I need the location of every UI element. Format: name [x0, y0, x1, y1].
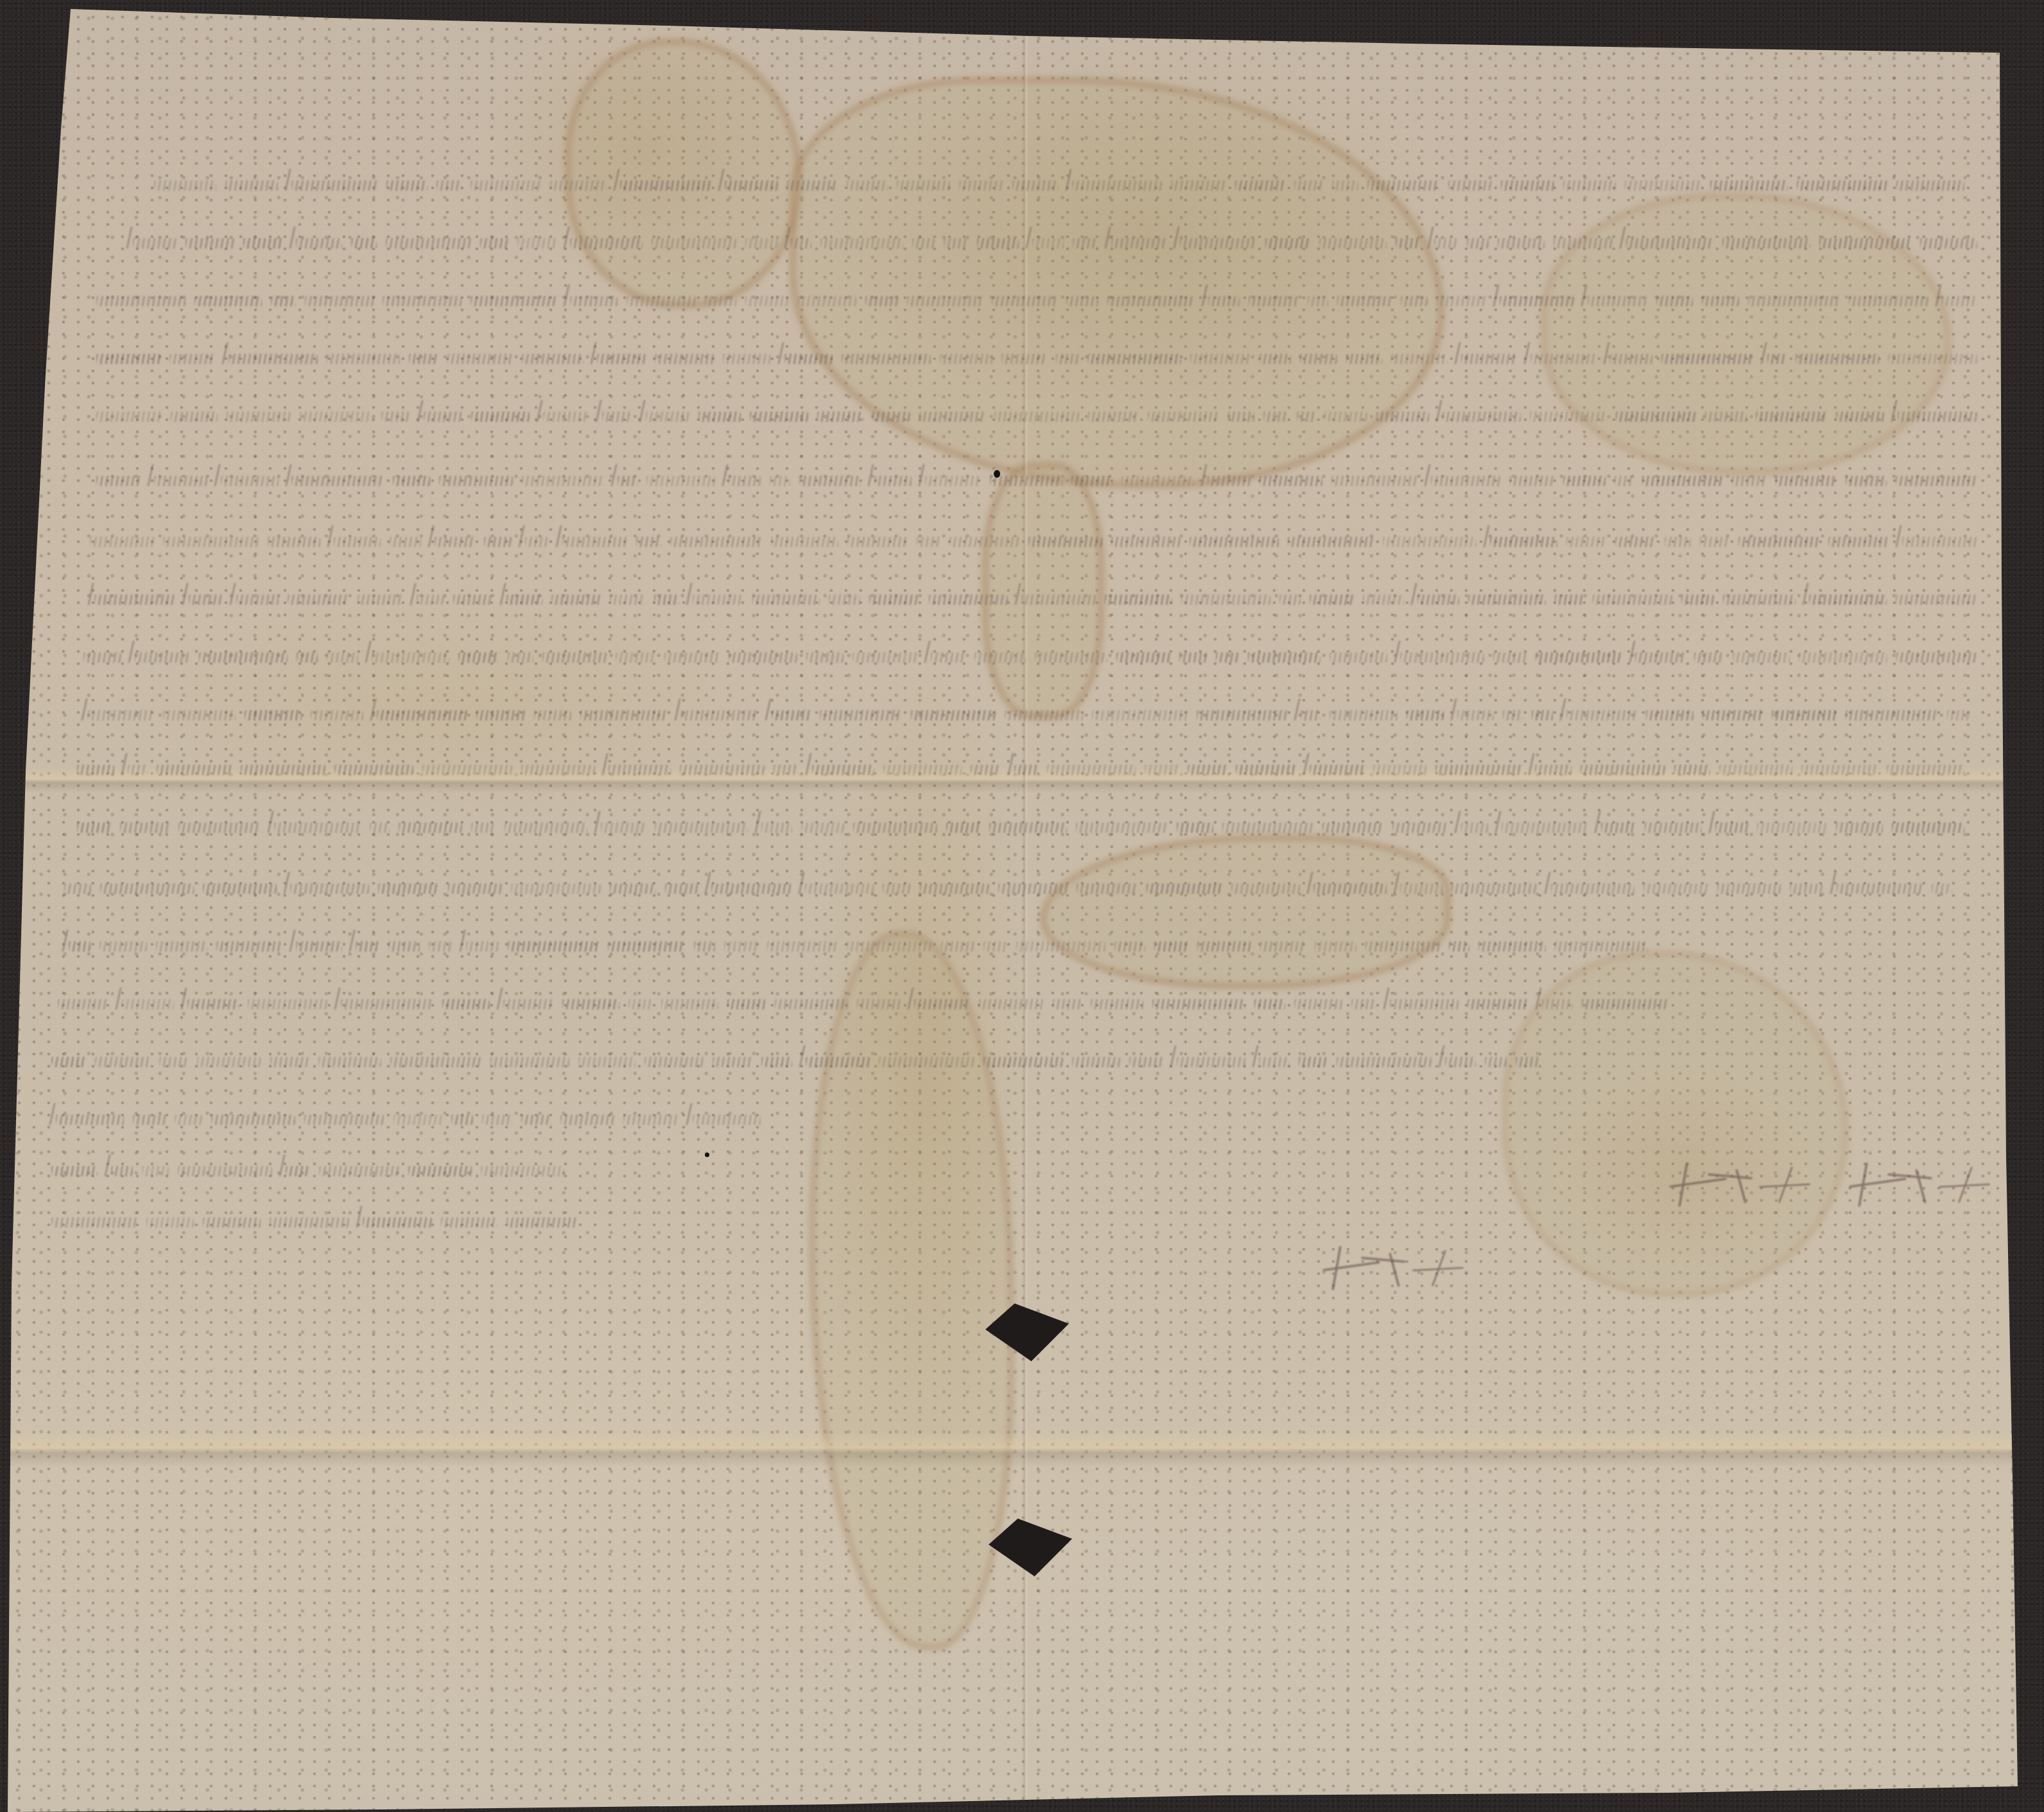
script-word: [931, 652, 966, 663]
script-word: [944, 238, 967, 248]
script-word: [1593, 595, 1672, 605]
script-word: [608, 941, 685, 952]
ascender-stroke: [285, 169, 291, 191]
script-word: [1715, 823, 1748, 833]
ascender-stroke: [349, 930, 355, 952]
script-word: [1190, 537, 1278, 547]
script-word: [1331, 476, 1417, 486]
script-word: [652, 238, 736, 248]
script-word: [142, 1166, 169, 1176]
script-word: [268, 537, 321, 547]
script-word: [437, 180, 462, 191]
script-word: [897, 180, 950, 191]
script-word: [1588, 296, 1647, 306]
script-word: [693, 1115, 761, 1125]
script-word: [1228, 412, 1254, 422]
script-word: [1610, 354, 1652, 364]
script-word: [1776, 476, 1837, 486]
ascender-stroke: [1427, 227, 1433, 248]
ascender-stroke: [1454, 342, 1460, 364]
ascender-stroke: [1425, 464, 1431, 486]
script-word: [1457, 710, 1494, 720]
ascender-stroke: [1708, 811, 1715, 833]
script-word: [229, 354, 318, 364]
script-word: [370, 823, 390, 833]
script-word: [1197, 941, 1251, 952]
script-word: [1563, 476, 1606, 486]
script-word: [304, 1115, 385, 1125]
script-line: [64, 873, 1952, 894]
ascender-stroke: [1803, 583, 1809, 605]
script-word: [1147, 884, 1222, 894]
script-word: [1665, 537, 1692, 547]
script-word: [296, 238, 342, 248]
ascender-stroke: [1936, 284, 1942, 306]
script-word: [296, 941, 342, 952]
script-word: [992, 296, 1057, 306]
script-word: [1073, 238, 1098, 248]
script-word: [274, 823, 361, 833]
script-word: [1836, 823, 1883, 833]
script-word: [378, 884, 439, 894]
script-word: [1892, 823, 1964, 833]
script-word: [503, 999, 553, 1009]
script-word: [1363, 595, 1404, 605]
script-word: [157, 765, 232, 775]
ascender-stroke: [222, 342, 229, 364]
script-word: [95, 1057, 150, 1067]
script-word: [1310, 595, 1355, 605]
script-word: [1722, 238, 1810, 248]
script-word: [857, 999, 901, 1009]
script-word: [979, 999, 1044, 1009]
script-word: [448, 884, 503, 894]
script-line: [51, 1047, 1541, 1067]
script-word: [680, 765, 765, 775]
script-word: [610, 884, 656, 894]
ascender-stroke: [799, 1045, 805, 1067]
script-word: [1503, 710, 1523, 720]
signature-mark-3: [1849, 1156, 2016, 1214]
script-word: [1448, 180, 1493, 191]
ascender-stroke: [268, 811, 274, 833]
ascender-stroke: [356, 1206, 363, 1228]
script-word: [1400, 884, 1442, 894]
script-word: [288, 595, 349, 605]
ascender-stroke: [1454, 811, 1460, 833]
script-word: [1442, 412, 1521, 422]
ascender-stroke: [722, 464, 728, 486]
ascender-stroke: [289, 930, 295, 952]
script-word: [471, 180, 541, 191]
script-word: [300, 412, 372, 422]
script-word: [791, 238, 811, 248]
signature-stroke: [1389, 1252, 1400, 1287]
script-word: [358, 595, 403, 605]
script-word: [386, 180, 428, 191]
script-word: [1902, 537, 1977, 547]
script-word: [1181, 595, 1271, 605]
script-word: [521, 765, 595, 775]
script-word: [1836, 412, 1884, 422]
script-word: [977, 238, 1019, 248]
ascender-stroke: [919, 464, 925, 486]
script-word: [169, 354, 215, 364]
ascender-stroke: [718, 169, 725, 191]
script-word: [1294, 999, 1342, 1009]
script-word: [661, 999, 718, 1009]
script-word: [417, 595, 444, 605]
script-word: [51, 1166, 98, 1176]
script-word: [847, 941, 932, 952]
script-word: [989, 823, 1066, 833]
script-word: [1300, 354, 1337, 364]
script-word: [1390, 999, 1459, 1009]
ascender-stroke: [284, 872, 290, 894]
script-word: [186, 238, 234, 248]
script-word: [1365, 941, 1440, 952]
script-word: [1530, 354, 1597, 364]
script-word: [1400, 652, 1484, 663]
script-word: [725, 180, 778, 191]
script-word: [154, 476, 207, 486]
script-word: [729, 652, 797, 663]
ascender-stroke: [417, 400, 423, 422]
ascender-stroke: [704, 872, 711, 894]
script-word: [1434, 238, 1458, 248]
script-word: [1626, 238, 1713, 248]
script-word: [1828, 537, 1888, 547]
script-word: [1566, 537, 1606, 547]
ascender-stroke: [1895, 525, 1901, 547]
script-word: [1114, 941, 1145, 952]
script-word: [1152, 999, 1245, 1009]
script-word: [998, 884, 1068, 894]
script-word: [1797, 180, 1887, 191]
script-word: [1383, 537, 1477, 547]
script-word: [983, 941, 1007, 952]
script-word: [96, 296, 186, 306]
script-word: [597, 354, 646, 364]
script-word: [1208, 476, 1251, 486]
script-word: [146, 1217, 193, 1228]
ascender-stroke: [285, 464, 291, 486]
script-word: [1846, 710, 1938, 720]
script-word: [270, 1057, 309, 1067]
script-word: [1461, 354, 1517, 364]
script-word: [197, 1057, 261, 1067]
ascender-stroke: [556, 525, 562, 547]
script-word: [1467, 238, 1488, 248]
script-word: [1767, 354, 1787, 364]
script-word: [1566, 710, 1637, 720]
script-word: [1401, 296, 1428, 306]
ascender-stroke: [1595, 811, 1601, 833]
ascender-stroke: [1830, 872, 1837, 894]
script-word: [869, 595, 920, 605]
script-word: [799, 476, 861, 486]
script-line: [51, 1104, 770, 1125]
script-word: [241, 765, 325, 775]
script-word: [1122, 476, 1194, 486]
ascender-stroke: [180, 988, 187, 1009]
script-word: [1288, 537, 1374, 547]
script-word: [422, 765, 512, 775]
script-line: [90, 527, 1977, 547]
ascender-stroke: [289, 227, 295, 248]
script-word: [1790, 884, 1824, 894]
ascender-stroke: [1760, 342, 1767, 364]
ascender-stroke: [1629, 641, 1635, 663]
ascender-stroke: [365, 641, 372, 663]
script-word: [1188, 765, 1227, 775]
script-word: [120, 823, 169, 833]
script-word: [381, 412, 410, 422]
script-word: [1263, 412, 1287, 422]
script-word: [1028, 537, 1102, 547]
script-word: [601, 823, 646, 833]
script-word: [1733, 652, 1790, 663]
script-word: [1738, 537, 1819, 547]
ascender-stroke: [229, 583, 236, 605]
script-word: [787, 180, 838, 191]
script-word: [914, 999, 970, 1009]
script-word: [1260, 476, 1322, 486]
ascender-stroke: [686, 1103, 692, 1125]
script-word: [761, 1057, 792, 1067]
script-word: [377, 710, 467, 720]
script-word: [1563, 180, 1616, 191]
script-word: [297, 652, 318, 663]
signature-stroke: [1735, 1169, 1747, 1203]
ascender-stroke: [564, 284, 570, 306]
ascender-stroke: [1581, 284, 1587, 306]
script-word: [774, 765, 799, 775]
script-word: [664, 652, 720, 663]
script-word: [853, 823, 937, 833]
script-word: [941, 941, 974, 952]
script-word: [1674, 765, 1710, 775]
script-word: [356, 941, 379, 952]
ascender-stroke: [1173, 227, 1179, 248]
ascender-stroke: [1025, 227, 1032, 248]
script-word: [990, 476, 1062, 486]
script-word: [919, 412, 985, 422]
script-word: [508, 652, 533, 663]
script-word: [408, 1166, 472, 1176]
script-word: [1056, 354, 1079, 364]
ascender-stroke: [594, 811, 600, 833]
script-word: [646, 412, 689, 422]
document-viewer-background: Faded medieval handwritten parchment wit…: [0, 0, 2044, 1812]
script-word: [806, 652, 844, 663]
ascender-stroke: [1252, 1045, 1258, 1067]
script-word: [693, 595, 743, 605]
script-word: [187, 999, 239, 1009]
ascender-stroke: [1015, 583, 1021, 605]
script-word: [442, 999, 490, 1009]
script-word: [570, 238, 643, 248]
script-word: [1796, 354, 1880, 364]
script-word: [750, 412, 808, 422]
script-word: [1319, 238, 1387, 248]
ascender-stroke: [686, 583, 692, 605]
script-word: [175, 1115, 202, 1125]
ascender-stroke: [1200, 464, 1207, 486]
script-word: [1710, 180, 1788, 191]
script-word: [1681, 595, 1714, 605]
script-word: [983, 1057, 1063, 1067]
script-word: [1254, 999, 1285, 1009]
script-word: [602, 412, 632, 422]
script-word: [58, 999, 108, 1009]
script-word: [1092, 710, 1188, 720]
script-word: [1332, 180, 1358, 191]
script-word: [1932, 884, 1952, 894]
ascender-stroke: [1483, 525, 1489, 547]
script-word: [1222, 823, 1313, 833]
script-word: [1236, 765, 1296, 775]
script-word: [655, 823, 748, 833]
script-word: [441, 1217, 498, 1228]
script-word: [1396, 238, 1420, 248]
script-word: [1197, 710, 1287, 720]
script-word: [1301, 710, 1321, 720]
script-word: [1601, 823, 1636, 833]
script-word: [476, 710, 525, 720]
script-word: [451, 1115, 473, 1125]
script-word: [1757, 823, 1826, 833]
script-word: [1032, 238, 1064, 248]
script-word: [1661, 354, 1754, 364]
script-word: [1896, 595, 1977, 605]
script-word: [853, 652, 917, 663]
script-word: [698, 412, 741, 422]
script-word: [1615, 537, 1656, 547]
script-word: [1376, 412, 1429, 422]
ascender-stroke: [104, 1154, 110, 1176]
script-word: [775, 999, 848, 1009]
script-word: [1313, 884, 1387, 894]
ascender-stroke: [1007, 753, 1014, 775]
script-word: [994, 412, 1079, 422]
script-word: [1315, 941, 1356, 952]
ascender-stroke: [639, 400, 646, 422]
ascender-stroke: [1303, 753, 1310, 775]
script-word: [490, 1057, 569, 1067]
script-line: [96, 344, 1977, 364]
script-word: [705, 296, 737, 306]
script-word: [562, 999, 619, 1009]
script-word: [1260, 354, 1291, 364]
signature-mark-1: [1322, 1239, 1489, 1297]
script-word: [1107, 296, 1195, 306]
signature-stroke: [1915, 1169, 1927, 1203]
script-word: [694, 941, 715, 952]
ascender-stroke: [334, 988, 340, 1009]
script-word: [1035, 652, 1107, 663]
script-word: [96, 412, 162, 422]
script-word: [372, 652, 449, 663]
script-word: [949, 537, 1019, 547]
script-word: [394, 1115, 442, 1125]
script-word: [77, 823, 111, 833]
script-word: [1555, 595, 1584, 605]
script-word: [1616, 412, 1695, 422]
script-word: [883, 884, 911, 894]
script-word: [429, 941, 453, 952]
script-word: [1615, 476, 1633, 486]
ascender-stroke: [867, 464, 874, 486]
script-word: [1337, 1057, 1432, 1067]
script-word: [798, 296, 856, 306]
script-word: [171, 412, 218, 422]
script-word: [1435, 765, 1522, 775]
script-word: [806, 1057, 870, 1067]
ascender-stroke: [121, 753, 127, 775]
ascender-stroke: [1383, 988, 1389, 1009]
script-word: [1490, 537, 1557, 547]
script-word: [1072, 180, 1162, 191]
script-word: [83, 652, 121, 663]
script-word: [236, 595, 279, 605]
signature-stroke: [1849, 1178, 1907, 1188]
script-word: [1801, 765, 1878, 775]
script-word: [1809, 595, 1887, 605]
script-word: [646, 476, 715, 486]
ascender-stroke: [115, 988, 121, 1009]
script-word: [439, 476, 512, 486]
ascender-stroke: [674, 699, 680, 720]
script-word: [505, 823, 587, 833]
script-word: [1154, 941, 1188, 952]
script-word: [971, 765, 1001, 775]
script-word: [1071, 476, 1113, 486]
ascender-stroke: [564, 227, 570, 248]
script-word: [1846, 476, 1887, 486]
ascender-stroke: [1294, 699, 1300, 720]
script-word: [745, 238, 777, 248]
ascender-stroke: [1535, 988, 1541, 1009]
script-word: [578, 1057, 636, 1067]
script-word: [1646, 710, 1693, 720]
ascender-stroke: [611, 464, 617, 486]
script-word: [1265, 238, 1310, 248]
script-word: [727, 999, 766, 1009]
script-word: [318, 1057, 381, 1067]
script-line: [77, 812, 1964, 833]
ascender-stroke: [279, 1154, 285, 1176]
ascender-stroke: [1105, 227, 1111, 248]
script-word: [1053, 999, 1082, 1009]
script-line: [128, 228, 1977, 248]
script-word: [508, 941, 599, 952]
script-word: [271, 296, 296, 306]
ascender-stroke: [799, 872, 805, 894]
script-word: [1116, 652, 1170, 663]
script-word: [1346, 354, 1381, 364]
script-word: [424, 412, 462, 422]
ascender-stroke: [497, 988, 503, 1009]
script-word: [1554, 238, 1613, 248]
script-word: [925, 476, 981, 486]
ascender-stroke: [1450, 699, 1457, 720]
script-word: [570, 296, 617, 306]
script-word: [1510, 476, 1554, 486]
script-word: [805, 884, 874, 894]
script-word: [1248, 652, 1321, 663]
script-word: [163, 537, 258, 547]
